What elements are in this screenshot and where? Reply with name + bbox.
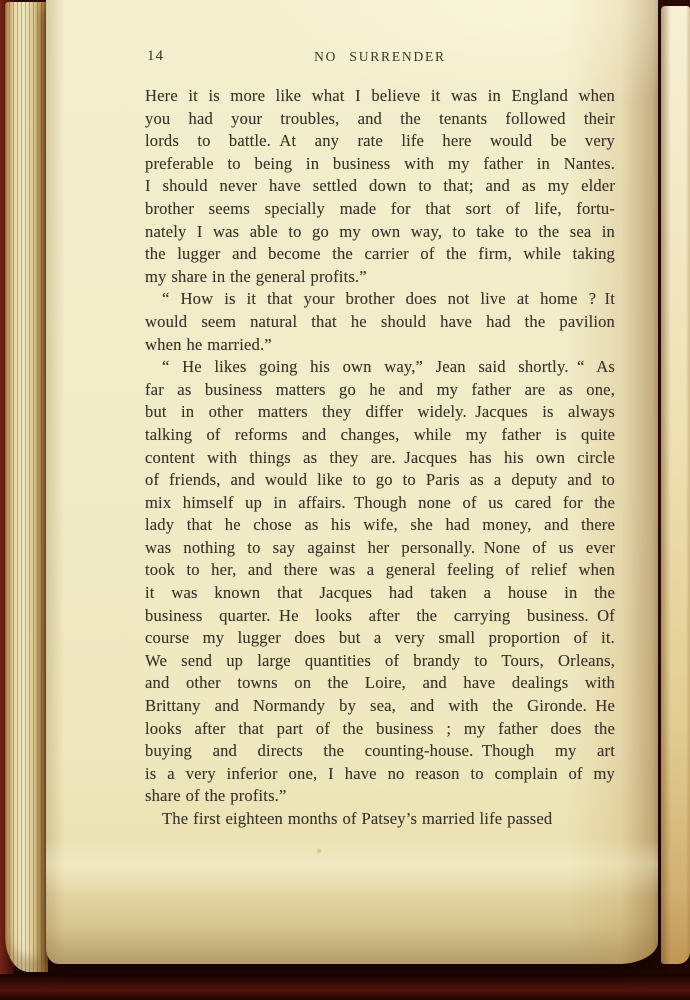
text-line: looks after that part of the business ; …	[145, 718, 615, 741]
text-line: We send up large quantities of brandy to…	[145, 650, 615, 673]
running-title: NO SURRENDER	[145, 49, 615, 65]
text-line: would seem natural that he should have h…	[145, 311, 615, 334]
text-line: I should never have settled down to that…	[145, 175, 615, 198]
text-line: “ He likes going his own way,” Jean said…	[145, 356, 615, 379]
text-line: share of the profits.”	[145, 785, 615, 808]
text-line: lords to battle. At any rate life here w…	[145, 130, 615, 153]
text-line: lady that he chose as his wife, she had …	[145, 514, 615, 537]
text-line: is a very inferior one, I have no reason…	[145, 763, 615, 786]
text-line: content with things as they are. Jacques…	[145, 447, 615, 470]
text-line: Here it is more like what I believe it w…	[145, 85, 615, 108]
left-page-edge-stack	[5, 2, 48, 972]
text-line: the lugger and become the carrier of the…	[145, 243, 615, 266]
text-line: took to her, and there was a general fee…	[145, 559, 615, 582]
facing-page-fore-edge	[661, 6, 690, 964]
text-line: The first eighteen months of Patsey’s ma…	[145, 808, 615, 831]
text-line: far as business matters go he and my fat…	[145, 379, 615, 402]
page-text-block: Here it is more like what I believe it w…	[145, 85, 615, 831]
text-line: buying and directs the counting-house. T…	[145, 740, 615, 763]
text-line: course my lugger does but a very small p…	[145, 627, 615, 650]
open-book-photo: 14 NO SURRENDER Here it is more like wha…	[0, 0, 690, 1000]
text-line: my share in the general profits.”	[145, 266, 615, 289]
text-line: mix himself up in affairs. Though none o…	[145, 492, 615, 515]
text-line: but in other matters they differ widely.…	[145, 401, 615, 424]
text-line: preferable to being in business with my …	[145, 153, 615, 176]
text-line: business quarter. He looks after the car…	[145, 605, 615, 628]
book-cover-bottom	[0, 974, 690, 1000]
text-line: it was known that Jacques had taken a ho…	[145, 582, 615, 605]
text-line: nately I was able to go my own way, to t…	[145, 221, 615, 244]
text-line: and other towns on the Loire, and have d…	[145, 672, 615, 695]
text-line: Brittany and Normandy by sea, and with t…	[145, 695, 615, 718]
page-header: 14 NO SURRENDER	[145, 47, 615, 67]
text-line: “ How is it that your brother does not l…	[145, 288, 615, 311]
text-line: brother seems specially made for that so…	[145, 198, 615, 221]
text-line: you had your troubles, and the tenants f…	[145, 108, 615, 131]
text-line: was nothing to say against her personall…	[145, 537, 615, 560]
text-line: of friends, and would like to go to Pari…	[145, 469, 615, 492]
text-line: when he married.”	[145, 334, 615, 357]
text-line: talking of reforms and changes, while my…	[145, 424, 615, 447]
